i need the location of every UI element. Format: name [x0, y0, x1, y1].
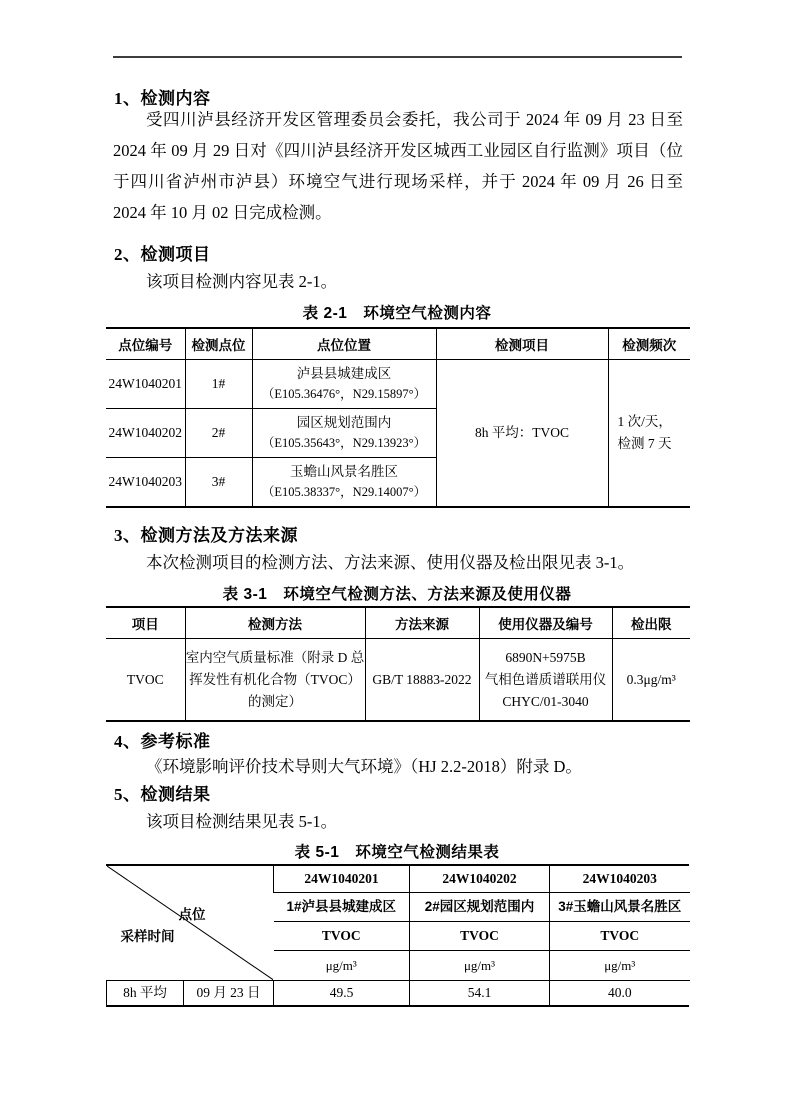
t21-cell-point-3: 3#: [185, 458, 252, 507]
location-name: 玉蟾山风景名胜区: [253, 462, 436, 482]
t21-cell-point-2: 2#: [185, 409, 252, 458]
t51-col2-code: 24W1040202: [410, 866, 550, 893]
t31-header-limit: 检出限: [612, 608, 690, 639]
t51-col1-location: 1#泸县县城建成区: [274, 893, 410, 922]
table-row: 8h 平均 09 月 23 日 49.5 54.1 40.0: [107, 981, 690, 1006]
t21-header-location: 点位位置: [252, 329, 436, 360]
t21-cell-item-merged: 8h 平均：TVOC: [436, 360, 608, 507]
t21-header-item: 检测项目: [436, 329, 608, 360]
header-rule: [113, 56, 682, 58]
t51-col3-code: 24W1040203: [550, 866, 690, 893]
t51-col1-unit: μg/m³: [274, 951, 410, 981]
t31-header-method: 检测方法: [185, 608, 365, 639]
section-3-paragraph: 本次检测项目的检测方法、方法来源、使用仪器及检出限见表 3-1。: [113, 547, 683, 578]
t21-header-site-code: 点位编号: [106, 329, 185, 360]
corner-label-site: 点位: [179, 906, 206, 924]
t51-col2-param: TVOC: [410, 922, 550, 951]
table-2-1: 点位编号 检测点位 点位位置 检测项目 检测频次 24W1040201 1# 泸…: [106, 327, 690, 508]
t21-cell-frequency-merged: 1 次/天， 检测 7 天: [608, 360, 690, 507]
location-name: 泸县县城建成区: [253, 364, 436, 384]
location-name: 园区规划范围内: [253, 413, 436, 433]
t21-cell-code-3: 24W1040203: [106, 458, 185, 507]
section-2-paragraph: 该项目检测内容见表 2-1。: [113, 266, 683, 297]
t31-header-item: 项目: [106, 608, 185, 639]
t51-col1-code: 24W1040201: [274, 866, 410, 893]
t51-col2-unit: μg/m³: [410, 951, 550, 981]
t21-header-site-point: 检测点位: [185, 329, 252, 360]
t21-cell-location-1: 泸县县城建成区 （E105.36476°，N29.15897°）: [252, 360, 436, 409]
table-row: TVOC 室内空气质量标准（附录 D 总挥发性有机化合物（TVOC）的测定） G…: [106, 639, 690, 721]
section-4-heading: 4、参考标准: [114, 727, 211, 752]
instrument-model: 6890N+5975B: [480, 647, 612, 669]
section-2-heading: 2、检测项目: [114, 240, 211, 265]
t21-cell-location-3: 玉蟾山风景名胜区 （E105.38337°，N29.14007°）: [252, 458, 436, 507]
t51-cell-time: 8h 平均: [107, 981, 184, 1006]
t51-cell-value-1: 49.5: [274, 981, 410, 1006]
section-1-paragraph: 受四川泸县经济开发区管理委员会委托，我公司于 2024 年 09 月 23 日至…: [113, 104, 683, 228]
location-coordinates: （E105.38337°，N29.14007°）: [253, 482, 436, 502]
t51-col2-location: 2#园区规划范围内: [410, 893, 550, 922]
t31-cell-item: TVOC: [106, 639, 185, 721]
t51-cell-value-3: 40.0: [550, 981, 690, 1006]
section-3-heading: 3、检测方法及方法来源: [114, 521, 298, 546]
location-coordinates: （E105.36476°，N29.15897°）: [253, 384, 436, 404]
section-4-paragraph: 《环境影响评价技术导则大气环境》（HJ 2.2-2018）附录 D。: [113, 751, 683, 782]
t21-header-frequency: 检测频次: [608, 329, 690, 360]
location-coordinates: （E105.35643°，N29.13923°）: [253, 433, 436, 453]
diagonal-corner-cell: 点位 采样时间: [107, 866, 274, 981]
corner-label-sampling-time: 采样时间: [121, 928, 175, 946]
frequency-line-1: 1 次/天，: [618, 411, 691, 433]
t51-cell-value-2: 54.1: [410, 981, 550, 1006]
section-5-paragraph: 该项目检测结果见表 5-1。: [113, 806, 683, 837]
t31-header-source: 方法来源: [365, 608, 479, 639]
frequency-line-2: 检测 7 天: [618, 433, 691, 455]
table-3-1-title: 表 3-1 环境空气检测方法、方法来源及使用仪器: [0, 582, 794, 604]
table-row: 24W1040201 1# 泸县县城建成区 （E105.36476°，N29.1…: [106, 360, 690, 409]
t31-cell-source: GB/T 18883-2022: [365, 639, 479, 721]
t51-col3-location: 3#玉蟾山风景名胜区: [550, 893, 690, 922]
table-3-1: 项目 检测方法 方法来源 使用仪器及编号 检出限 TVOC 室内空气质量标准（附…: [106, 606, 690, 722]
t31-cell-limit: 0.3μg/m³: [612, 639, 690, 721]
t21-cell-code-2: 24W1040202: [106, 409, 185, 458]
t21-cell-point-1: 1#: [185, 360, 252, 409]
t21-cell-location-2: 园区规划范围内 （E105.35643°，N29.13923°）: [252, 409, 436, 458]
t51-col3-param: TVOC: [550, 922, 690, 951]
document-page: 1、检测内容 受四川泸县经济开发区管理委员会委托，我公司于 2024 年 09 …: [0, 0, 794, 1108]
t31-cell-instrument: 6890N+5975B 气相色谱质谱联用仪 CHYC/01-3040: [479, 639, 612, 721]
t31-cell-method: 室内空气质量标准（附录 D 总挥发性有机化合物（TVOC）的测定）: [185, 639, 365, 721]
t51-cell-date: 09 月 23 日: [184, 981, 274, 1006]
table-5-1-title: 表 5-1 环境空气检测结果表: [0, 840, 794, 862]
t51-col3-unit: μg/m³: [550, 951, 690, 981]
t31-header-instrument: 使用仪器及编号: [479, 608, 612, 639]
table-2-1-title: 表 2-1 环境空气检测内容: [0, 301, 794, 323]
table-5-1: 点位 采样时间 24W1040201 24W1040202 24W1040203…: [106, 864, 689, 1007]
t51-col1-param: TVOC: [274, 922, 410, 951]
instrument-name: 气相色谱质谱联用仪: [480, 669, 612, 691]
instrument-number: CHYC/01-3040: [480, 691, 612, 713]
section-5-heading: 5、检测结果: [114, 780, 211, 805]
t21-cell-code-1: 24W1040201: [106, 360, 185, 409]
